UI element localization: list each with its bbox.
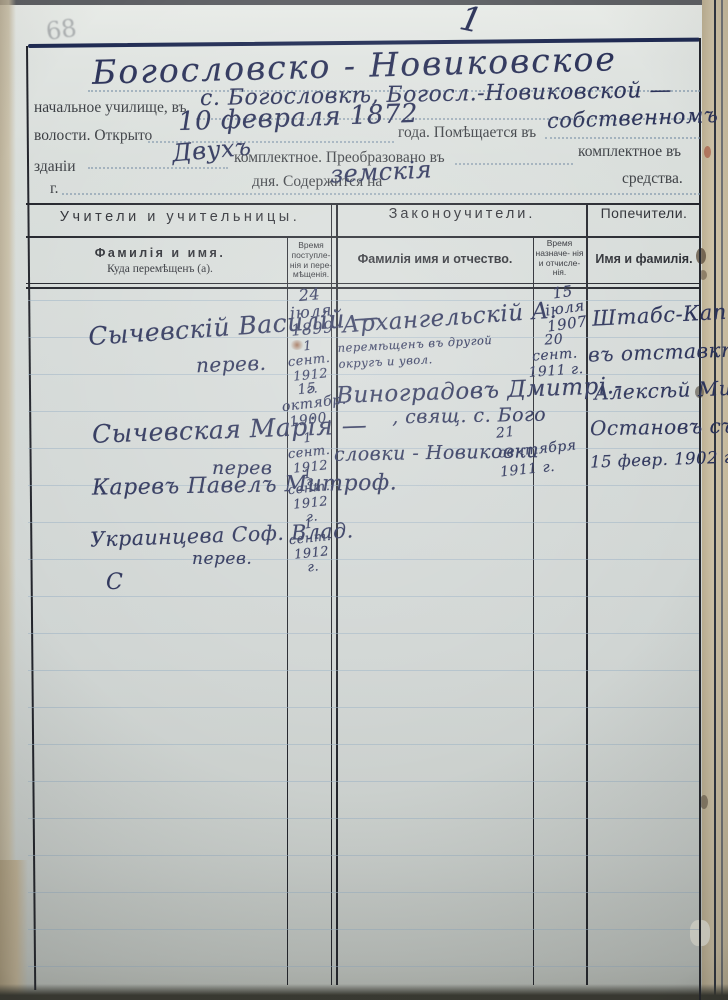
- table-subheader-bottom-line-2: [26, 287, 700, 289]
- leader-line: [455, 163, 573, 165]
- teachers-group-header: Учители и учительницы.: [30, 209, 330, 225]
- ruled-line: [28, 818, 699, 819]
- ruled-line: [28, 596, 699, 597]
- trustee-entry-line: въ отставкѣ: [588, 337, 728, 366]
- form-line4-printed-a: г.: [50, 180, 58, 198]
- red-stain: [704, 146, 711, 158]
- teacher-entry-date-in: 15 октябр. 1900.: [279, 379, 338, 431]
- binding-tear-mark: [700, 795, 708, 809]
- form-line2-printed-a: волости. Открыто: [34, 127, 152, 145]
- teacher-entry-name: Каревъ Павелъ Митроф.: [92, 470, 397, 500]
- page-right-border: [699, 38, 701, 1000]
- ruled-line: [28, 522, 699, 523]
- ruled-line: [28, 670, 699, 671]
- table-group-bottom-line: [26, 236, 700, 238]
- ruled-line: [28, 559, 699, 560]
- law-teacher-entry-date-in: 21 сентября 1911 г.: [495, 416, 589, 484]
- next-page-edge-line-2: [721, 0, 723, 1000]
- form-line3-printed-a: зданіи: [34, 158, 76, 176]
- ruled-line: [28, 707, 699, 708]
- form-building-handwritten: собственномъ: [547, 103, 719, 133]
- law-teacher-entry-date-in: 15 іюля 1907: [537, 282, 593, 336]
- sheet-number: 1: [456, 0, 486, 42]
- trustee-entry-line: Алексѣй Мих.: [594, 375, 728, 404]
- law-teacher-entry-name: Виноградовъ Дмитрі.-: [336, 373, 624, 409]
- ruled-line: [28, 855, 699, 856]
- ruled-line: [28, 966, 699, 967]
- leader-line: [545, 137, 700, 139]
- ruled-line: [28, 892, 699, 893]
- form-line4-printed-c: средства.: [622, 170, 683, 188]
- top-photo-edge: [0, 0, 728, 5]
- teacher-entry-note: перев.: [192, 549, 252, 569]
- form-funds-handwritten: земскія: [329, 155, 432, 188]
- ruled-line: [28, 300, 699, 301]
- ruled-line: [28, 781, 699, 782]
- form-line2-printed-b: года. Помѣщается въ: [398, 124, 536, 142]
- teacher-entry-date-in: 24 іюля 1899: [286, 285, 336, 339]
- law-name-column-header: Фамилія имя и отчество.: [340, 252, 530, 266]
- form-line1-printed: начальное училище, въ: [34, 99, 187, 117]
- left-book-edge: [0, 0, 16, 1000]
- ruled-line: [28, 744, 699, 745]
- form-line3-printed-c: комплектное въ: [578, 143, 681, 161]
- bottom-left-book-corner: [0, 860, 28, 1000]
- ruled-line: [28, 633, 699, 634]
- trustee-entry-line: Остановъ съ: [590, 414, 728, 441]
- pencil-corner-number: 68: [44, 14, 78, 46]
- stray-letter: С: [106, 570, 123, 595]
- ruled-line: [28, 929, 699, 930]
- law-teachers-group-header: Законоучители.: [340, 206, 584, 222]
- bottom-shadow-band: [0, 984, 728, 1000]
- page-left-border: [26, 46, 36, 990]
- teacher-entry-date-in: 1 сент. 1912 г.: [285, 516, 337, 578]
- teachers-time-column-header: Время поступле- нія и пере- мѣщенія.: [289, 241, 333, 280]
- law-time-column-header: Время назначе- нія и отчисле- нія.: [535, 239, 584, 278]
- teachers-name-column-header: Фамилія и имя.: [40, 246, 280, 260]
- teacher-entry-note: перев.: [196, 351, 267, 377]
- law-teacher-entry-note: перемѣщенъ въ другой округъ и увол.: [337, 332, 493, 372]
- teachers-name-column-subheader: Куда перемѣщенъ (а).: [40, 263, 280, 275]
- table-subheader-bottom-line-1: [26, 283, 700, 284]
- leader-line: [62, 193, 700, 195]
- next-page-edge-line: [714, 0, 716, 1000]
- trustees-group-header: Попечители.: [588, 205, 700, 221]
- leader-line: [88, 167, 228, 169]
- trustees-column-header: Имя и фамилія.: [588, 252, 700, 266]
- archival-scan-page: 68 1 Богословско - Новиковское начальное…: [0, 0, 728, 1000]
